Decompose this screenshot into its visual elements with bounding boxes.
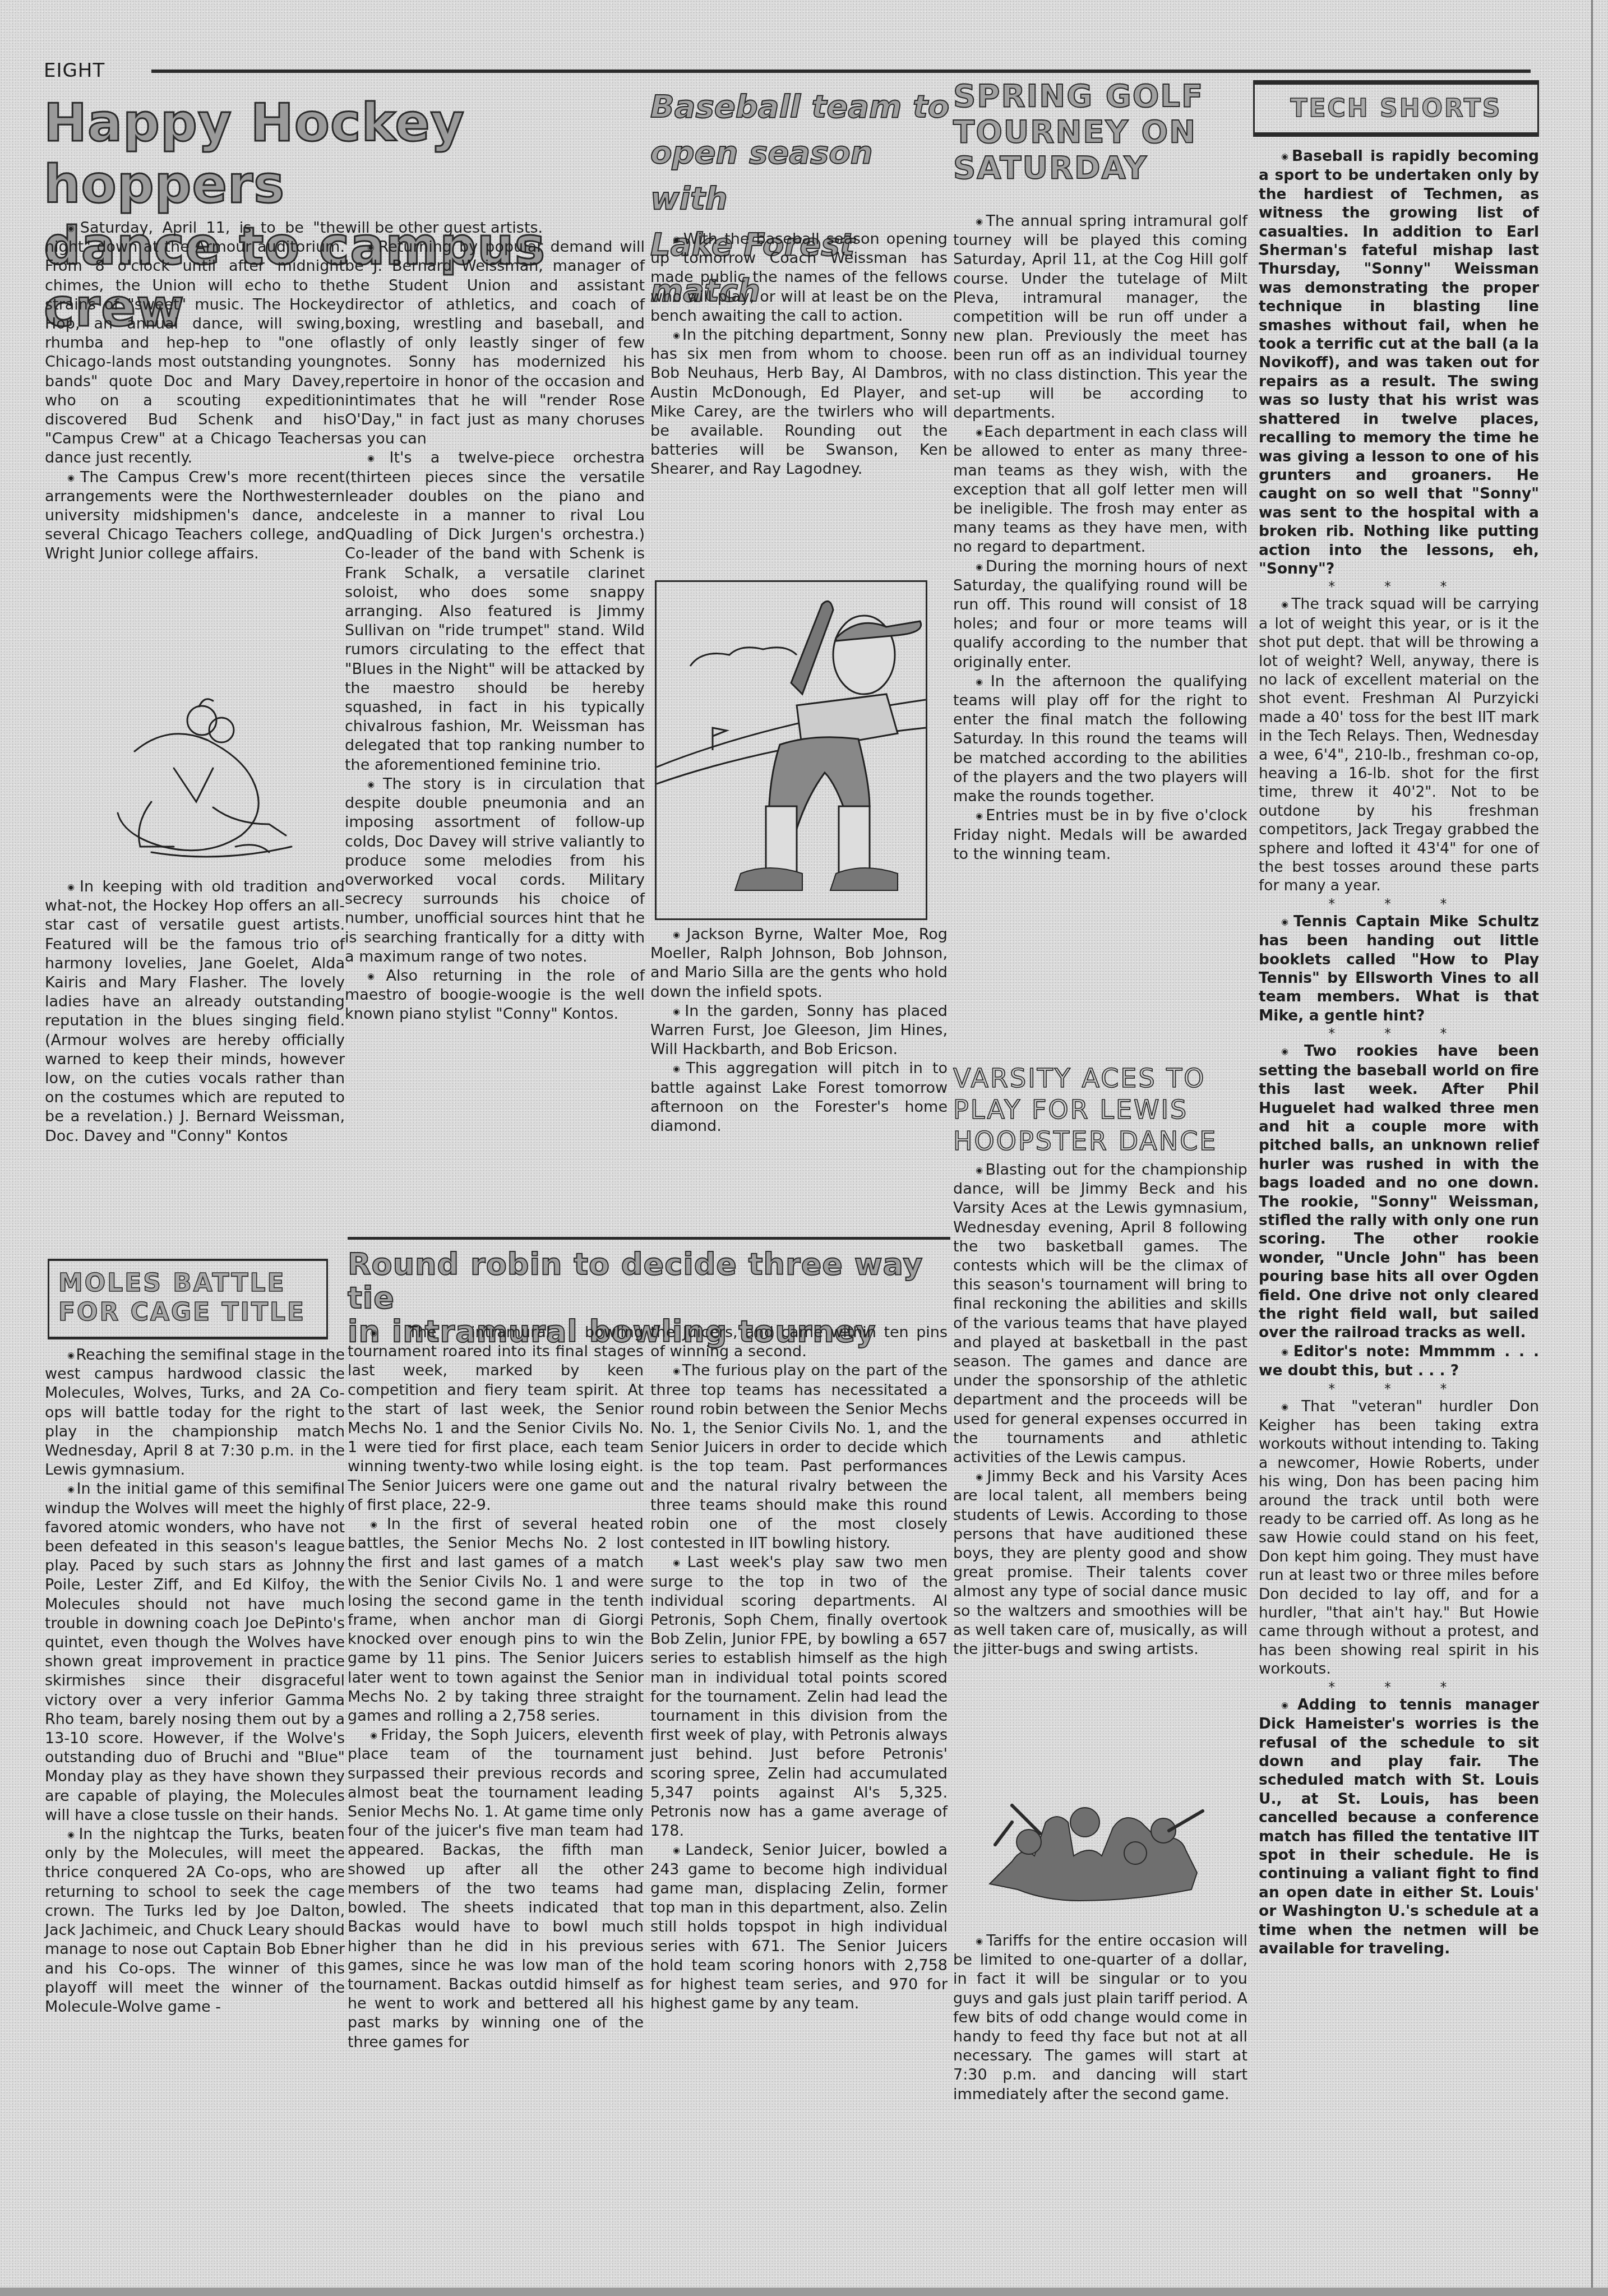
baseball-column-top: With the baseball season opening up tomo…	[650, 230, 948, 479]
golf-paragraph: Each department in each class will be al…	[953, 423, 1247, 557]
baseball-paragraph: With the baseball season opening up tomo…	[650, 230, 948, 326]
bowling-paragraph: The intramural bowling tournament roared…	[348, 1323, 644, 1515]
page-bottom-edge	[0, 2288, 1608, 2296]
bowling-column-b: the Juicers, and came within ten pins of…	[650, 1323, 948, 2013]
bowling-paragraph: The furious play on the part of the thre…	[650, 1361, 948, 1553]
moles-header-box: MOLES BATTLE FOR CAGE TITLE	[48, 1261, 328, 1337]
golf-headline: SPRING GOLF TOURNEY ON SATURDAY	[953, 78, 1245, 186]
moles-paragraph: Reaching the semifinal stage in the west…	[45, 1346, 345, 1480]
bowling-paragraph: Friday, the Soph Juicers, eleventh place…	[348, 1726, 644, 2052]
page-edge-line	[1591, 0, 1593, 2296]
golf-column: The annual spring intramural golf tourne…	[953, 212, 1247, 864]
moles-column: Reaching the semifinal stage in the west…	[45, 1346, 345, 2017]
baseball-headline-line-2: open season with	[650, 130, 953, 222]
varsity-paragraph: Tariffs for the entire occasion will be …	[953, 1932, 1247, 2104]
varsity-headline-line-3: HOOPSTER DANCE	[953, 1125, 1247, 1157]
golf-paragraph: During the morning hours of next Saturda…	[953, 557, 1247, 672]
moles-headline-line-2: FOR CAGE TITLE	[58, 1298, 317, 1327]
hockey-headline-line-1: Happy Hockey hoppers	[44, 93, 649, 216]
tech-shorts-item: The track squad will be carrying a lot o…	[1259, 595, 1539, 895]
moles-headline-line-1: MOLES BATTLE	[58, 1269, 317, 1298]
tech-shorts-item: Tennis Captain Mike Schultz has been han…	[1259, 912, 1539, 1025]
varsity-headline-line-2: PLAY FOR LEWIS	[953, 1094, 1247, 1125]
dancing-couple-icon	[84, 690, 308, 863]
hockey-paragraph: It's a twelve-piece orchestra (thirteen …	[345, 449, 645, 774]
separator-stars: * * *	[1259, 895, 1539, 912]
tech-shorts-bottom-rule	[1253, 135, 1539, 137]
hockey-column-1: Saturday, April 11, is to be "the night"…	[45, 219, 345, 564]
varsity-column-top: Blasting out for the championship dance,…	[953, 1161, 1247, 1659]
moles-paragraph: In the nightcap the Turks, beaten only b…	[45, 1825, 345, 2017]
tech-shorts-column: Baseball is rapidly becoming a sport to …	[1259, 147, 1539, 1958]
varsity-paragraph: Jimmy Beck and his Varsity Aces are loca…	[953, 1467, 1247, 1659]
bowling-paragraph: Landeck, Senior Juicer, bowled a 243 gam…	[650, 1841, 948, 2013]
separator-stars: * * *	[1259, 1679, 1539, 1696]
hockey-paragraph: In keeping with old tradition and what-n…	[45, 877, 345, 1146]
varsity-headline: VARSITY ACES TO PLAY FOR LEWIS HOOPSTER …	[953, 1062, 1247, 1157]
swing-band-illustration	[973, 1800, 1219, 1918]
golf-paragraph: In the afternoon the qualifying teams wi…	[953, 672, 1247, 806]
golf-headline-line-3: SATURDAY	[953, 150, 1245, 186]
tech-shorts-header-box: TECH SHORTS	[1253, 82, 1539, 135]
bowling-paragraph: Last week's play saw two men surge to th…	[650, 1553, 948, 1841]
bowling-headline-line-1: Round robin to decide three way tie	[348, 1248, 953, 1315]
bowling-top-rule	[348, 1237, 950, 1240]
hockey-paragraph: Saturday, April 11, is to be "the night"…	[45, 219, 345, 468]
bowling-paragraph: In the first of several heated battles, …	[348, 1515, 644, 1726]
hockey-paragraph: will be other guest artists.	[345, 219, 645, 238]
golf-paragraph: Entries must be in by five o'clock Frida…	[953, 806, 1247, 864]
separator-stars: * * *	[1259, 1380, 1539, 1397]
hockey-paragraph: Returning by popular demand will be J. B…	[345, 238, 645, 449]
baseball-paragraph: In the pitching department, Sonny has si…	[650, 326, 948, 479]
hockey-paragraph: The Campus Crew's more recent arrangemen…	[45, 468, 345, 564]
baseball-headline-line-1: Baseball team to	[650, 84, 953, 130]
varsity-column-bottom: Tariffs for the entire occasion will be …	[953, 1932, 1247, 2104]
varsity-headline-line-1: VARSITY ACES TO	[953, 1062, 1247, 1094]
moles-paragraph: In the initial game of this semifinal wi…	[45, 1480, 345, 1825]
golf-headline-line-1: SPRING GOLF	[953, 78, 1245, 114]
tech-shorts-item: Adding to tennis manager Dick Hameister'…	[1259, 1696, 1539, 1958]
dancing-couple-illustration	[84, 690, 308, 863]
baseball-paragraph: Jackson Byrne, Walter Moe, Rog Moeller, …	[650, 925, 948, 1002]
baseball-batter-illustration	[655, 580, 927, 920]
bowling-column-a: The intramural bowling tournament roared…	[348, 1323, 644, 2052]
golf-paragraph: The annual spring intramural golf tourne…	[953, 212, 1247, 423]
swing-band-icon	[973, 1800, 1219, 1918]
baseball-batter-icon	[657, 582, 926, 918]
baseball-column-bottom: Jackson Byrne, Walter Moe, Rog Moeller, …	[650, 925, 948, 1136]
tech-shorts-item: Baseball is rapidly becoming a sport to …	[1259, 147, 1539, 578]
hockey-column-1-continued: In keeping with old tradition and what-n…	[45, 877, 345, 1146]
top-rule	[151, 70, 1531, 73]
page-number: EIGHT	[44, 59, 105, 82]
hockey-paragraph: The story is in circulation that despite…	[345, 775, 645, 967]
hockey-paragraph: Also returning in the role of maestro of…	[345, 967, 645, 1024]
baseball-paragraph: This aggregation will pitch in to battle…	[650, 1059, 948, 1136]
moles-bottom-rule	[48, 1337, 328, 1339]
tech-shorts-item: That "veteran" hurdler Don Keigher has b…	[1259, 1397, 1539, 1679]
separator-stars: * * *	[1259, 1025, 1539, 1042]
separator-stars: * * *	[1259, 578, 1539, 595]
varsity-paragraph: Blasting out for the championship dance,…	[953, 1161, 1247, 1467]
bowling-paragraph: the Juicers, and came within ten pins of…	[650, 1323, 948, 1361]
tech-shorts-item: Two rookies have been setting the baseba…	[1259, 1042, 1539, 1342]
baseball-paragraph: In the garden, Sonny has placed Warren F…	[650, 1002, 948, 1060]
tech-shorts-item: Editor's note: Mmmmm . . . we doubt this…	[1259, 1342, 1539, 1380]
golf-headline-line-2: TOURNEY ON	[953, 114, 1245, 150]
hockey-column-2: will be other guest artists. Returning b…	[345, 219, 645, 1024]
tech-shorts-title: TECH SHORTS	[1290, 94, 1501, 123]
